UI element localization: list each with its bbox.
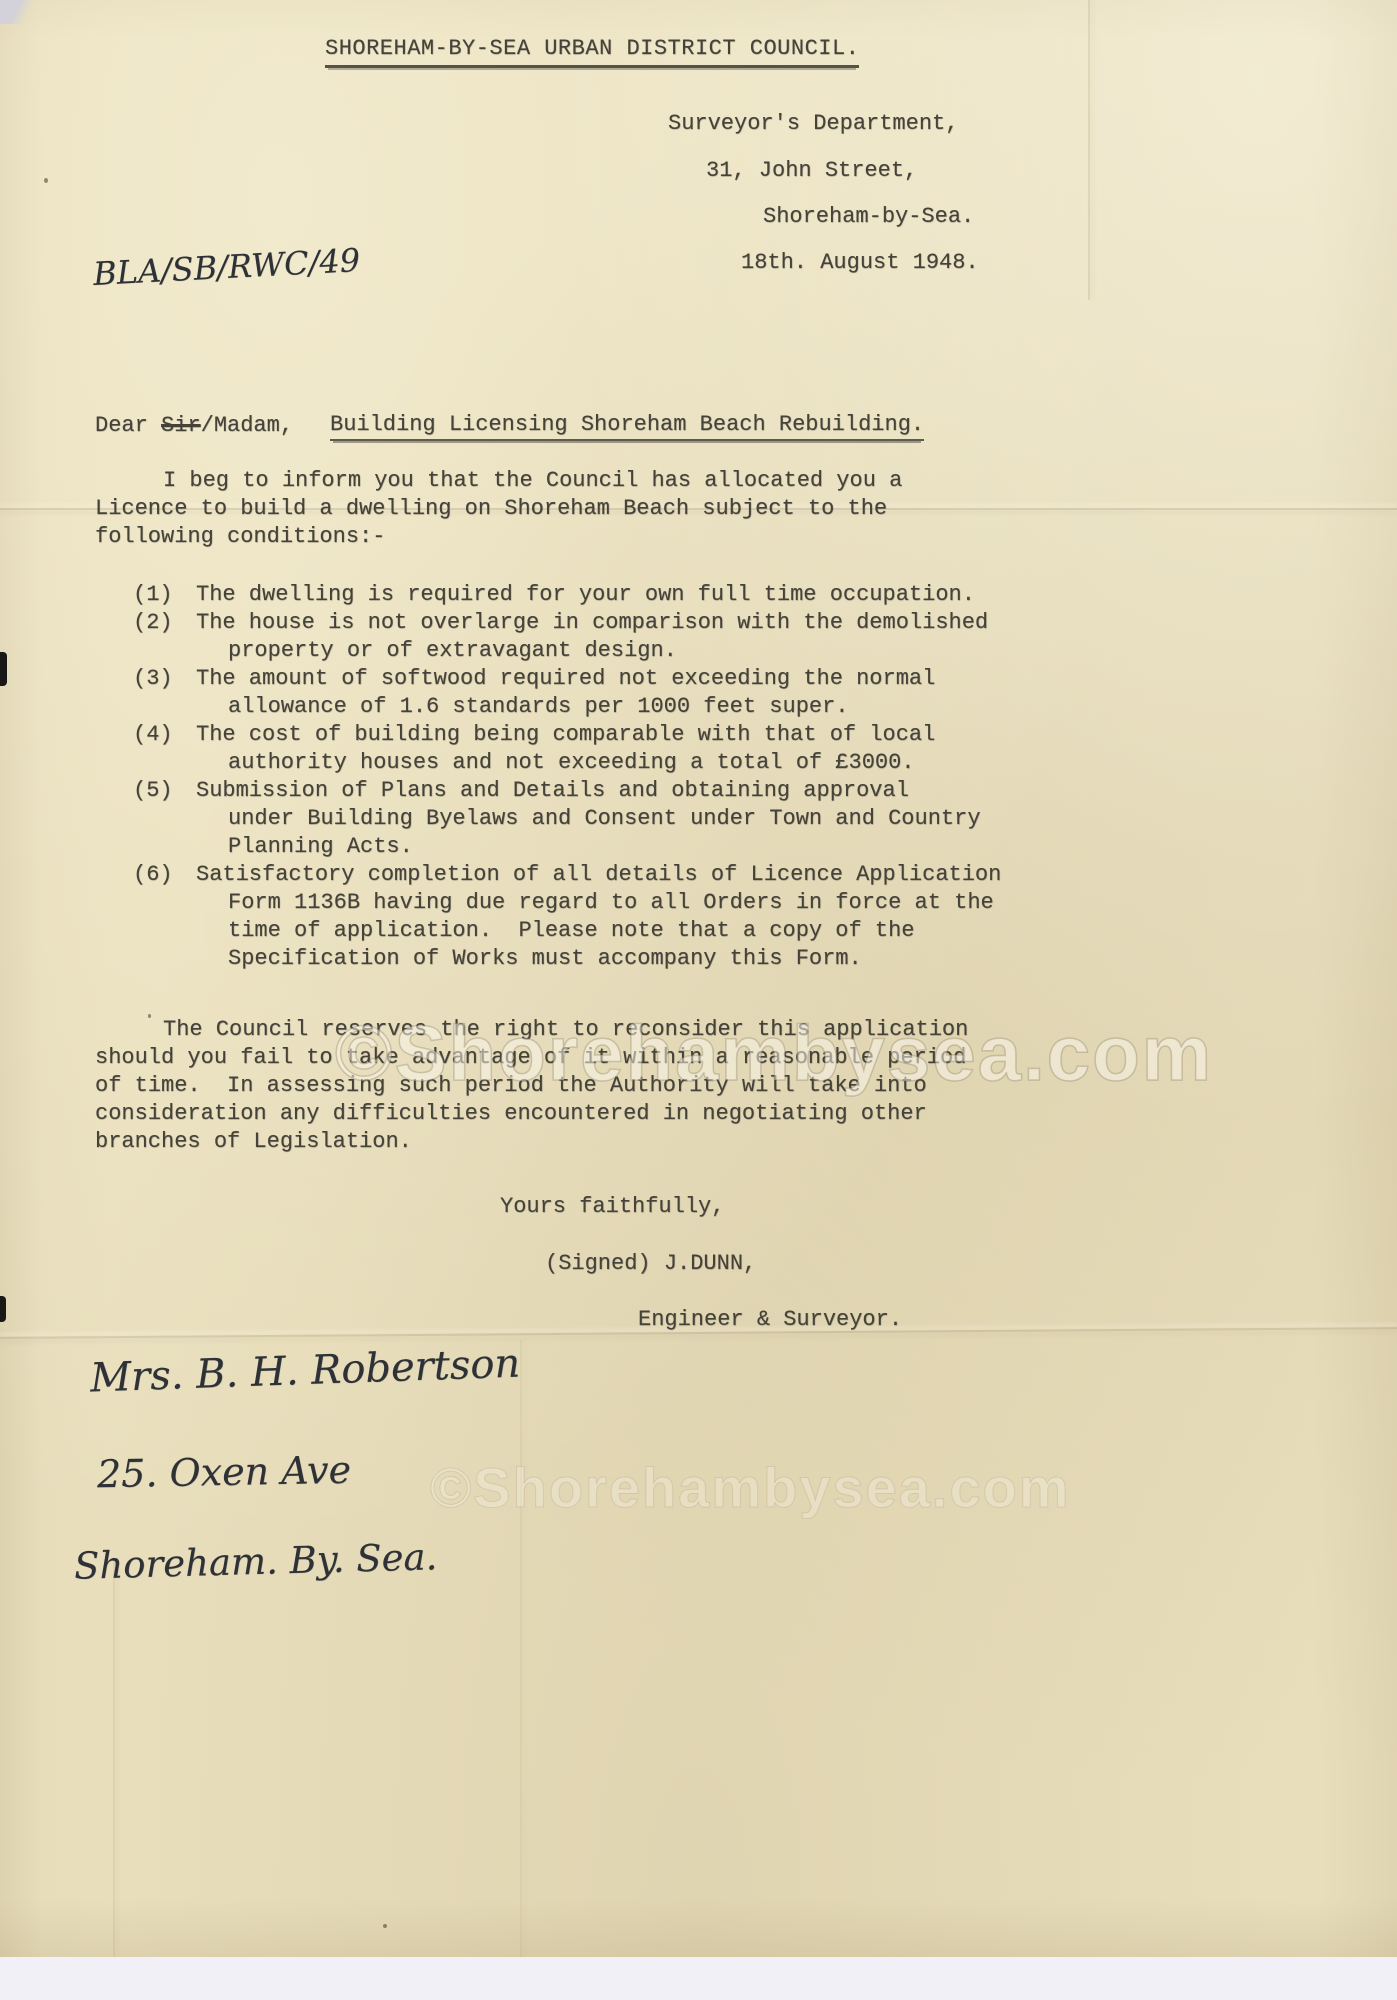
salutation-after: /Madam, [201,413,293,438]
condition-line: Submission of Plans and Details and obta… [196,777,981,805]
scan-edge-mark [0,652,7,686]
scan-speck [383,1924,387,1928]
condition-text: The cost of building being comparable wi… [196,721,935,777]
condition-item: (1) The dwelling is required for your ow… [133,581,1001,609]
body-line: consideration any difficulties encounter… [95,1100,968,1128]
valediction: Yours faithfully, [500,1193,724,1221]
fold-crease [1088,0,1090,300]
scanned-letter: SHOREHAM-BY-SEA URBAN DISTRICT COUNCIL. … [0,0,1397,2000]
condition-line: The house is not overlarge in comparison… [196,609,988,637]
condition-line: Specification of Works must accompany th… [228,945,1001,973]
body-line: branches of Legislation. [95,1128,968,1156]
scan-edge-mark [0,1296,6,1322]
condition-line: Satisfactory completion of all details o… [196,861,1001,889]
handwritten-reference: BLA/SB/RWC/49 [92,241,361,293]
letter-paper: SHOREHAM-BY-SEA URBAN DISTRICT COUNCIL. … [0,0,1397,1957]
condition-line: Form 1136B having due regard to all Orde… [228,889,1001,917]
subject-line: Building Licensing Shoreham Beach Rebuil… [330,412,924,441]
condition-item: (6) Satisfactory completion of all detai… [133,861,1001,973]
salutation: Dear Sir/Madam, [95,412,293,440]
recipient-line: 25. Oxen Ave [97,1448,352,1496]
condition-line: property or of extravagant design. [228,637,988,665]
signature-role: Engineer & Surveyor. [638,1306,902,1334]
condition-line: Planning Acts. [228,833,981,861]
letter-date: 18th. August 1948. [741,249,979,277]
condition-item: (5) Submission of Plans and Details and … [133,777,1001,861]
salutation-before: Dear [95,413,161,438]
body-paragraph-1: I beg to inform you that the Council has… [95,467,902,551]
condition-text: The house is not overlarge in comparison… [196,609,988,665]
scan-speck [44,178,48,183]
sender-address-line: Shoreham-by-Sea. [763,203,974,231]
salutation-struck-sir: Sir [161,413,201,438]
condition-item: (3) The amount of softwood required not … [133,665,1001,721]
condition-text: Submission of Plans and Details and obta… [196,777,981,861]
fold-crease [520,1340,522,1957]
scan-corner-artifact [0,0,46,24]
body-line: I beg to inform you that the Council has… [95,467,902,495]
letter-title: SHOREHAM-BY-SEA URBAN DISTRICT COUNCIL. [325,36,859,68]
condition-line: allowance of 1.6 standards per 1000 feet… [228,693,935,721]
body-line: Licence to build a dwelling on Shoreham … [95,495,902,523]
condition-number: (3) [133,665,196,693]
fold-crease [113,1560,115,1957]
conditions-list: (1) The dwelling is required for your ow… [133,581,1001,973]
watermark-bottom: ©Shorehambysea.com [430,1455,1071,1520]
condition-number: (6) [133,861,196,889]
condition-number: (5) [133,777,196,805]
condition-line: authority houses and not exceeding a tot… [228,749,935,777]
condition-line: under Building Byelaws and Consent under… [228,805,981,833]
signature: (Signed) J.DUNN, [545,1250,756,1278]
condition-number: (1) [133,581,196,609]
recipient-line: Shoreham. By. Sea. [73,1535,437,1587]
condition-line: The dwelling is required for your own fu… [196,581,975,609]
body-line: following conditions:- [95,523,902,551]
recipient-line: Mrs. B. H. Robertson [89,1341,521,1402]
condition-text: Satisfactory completion of all details o… [196,861,1001,973]
sender-address-line: Surveyor's Department, [668,110,958,138]
condition-line: The cost of building being comparable wi… [196,721,935,749]
condition-line: The amount of softwood required not exce… [196,665,935,693]
condition-line: time of application. Please note that a … [228,917,1001,945]
watermark: ©Shorehambysea.com [335,1008,1213,1099]
condition-text: The dwelling is required for your own fu… [196,581,975,609]
condition-number: (4) [133,721,196,749]
condition-item: (2) The house is not overlarge in compar… [133,609,1001,665]
condition-item: (4) The cost of building being comparabl… [133,721,1001,777]
condition-text: The amount of softwood required not exce… [196,665,935,721]
condition-number: (2) [133,609,196,637]
sender-address-line: 31, John Street, [706,157,917,185]
